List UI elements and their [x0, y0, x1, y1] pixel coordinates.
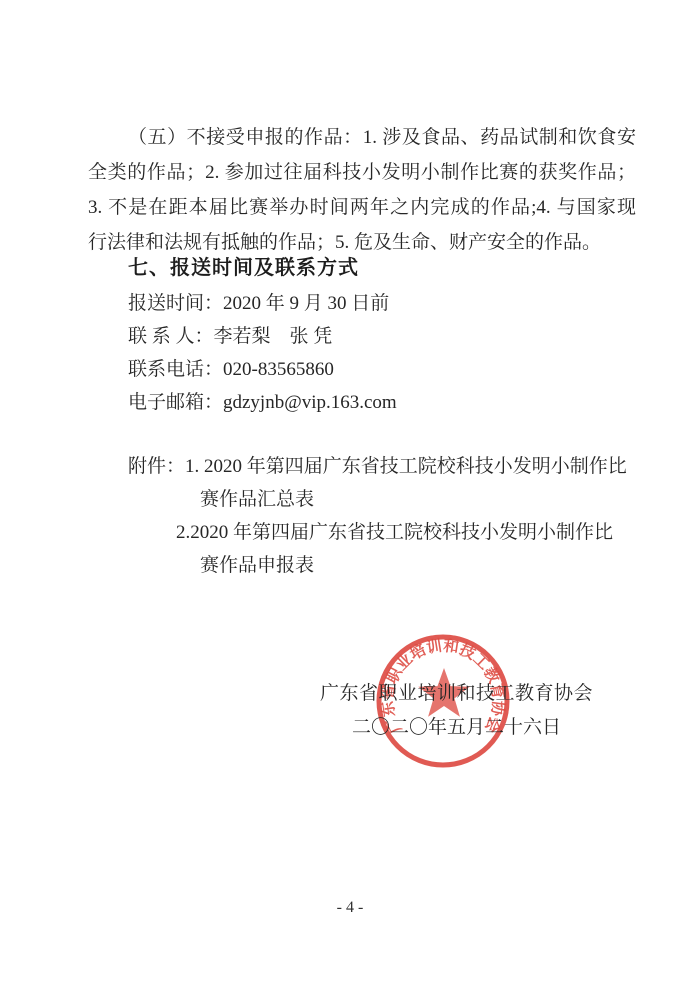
- attachment-list: 附件：1. 2020 年第四届广东省技工院校科技小发明小制作比 赛作品汇总表 2…: [128, 450, 627, 582]
- contact-line-phone: 联系电话：020-83565860: [128, 353, 397, 386]
- attachment-line: 附件：1. 2020 年第四届广东省技工院校科技小发明小制作比: [128, 450, 627, 483]
- paragraph-line: 3. 不是在距本届比赛举办时间两年之内完成的作品;4. 与国家现: [88, 190, 636, 225]
- contact-line-email: 电子邮箱：gdzyjnb@vip.163.com: [128, 386, 397, 419]
- attachment-line: 赛作品汇总表: [128, 483, 627, 516]
- attachment-line: 赛作品申报表: [128, 549, 627, 582]
- contact-line-person: 联 系 人：李若梨 张 凭: [128, 320, 397, 353]
- contact-info-block: 报送时间：2020 年 9 月 30 日前 联 系 人：李若梨 张 凭 联系电话…: [128, 287, 397, 419]
- signature-date: 二〇二〇年五月二十六日: [352, 716, 561, 740]
- page-number: - 4 -: [0, 898, 700, 918]
- section-heading-submission: 七、报送时间及联系方式: [128, 255, 359, 281]
- attachment-line: 2.2020 年第四届广东省技工院校科技小发明小制作比: [128, 516, 627, 549]
- document-page: （五）不接受申报的作品：1. 涉及食品、药品试制和饮食安 全类的作品；2. 参加…: [0, 0, 700, 993]
- contact-line-deadline: 报送时间：2020 年 9 月 30 日前: [128, 287, 397, 320]
- paragraph-line: （五）不接受申报的作品：1. 涉及食品、药品试制和饮食安: [88, 120, 636, 155]
- paragraph-line: 全类的作品；2. 参加过往届科技小发明小制作比赛的获奖作品；: [88, 155, 636, 190]
- signature-organization: 广东省职业培训和技工教育协会: [320, 682, 593, 706]
- paragraph-excluded-works: （五）不接受申报的作品：1. 涉及食品、药品试制和饮食安 全类的作品；2. 参加…: [88, 120, 636, 260]
